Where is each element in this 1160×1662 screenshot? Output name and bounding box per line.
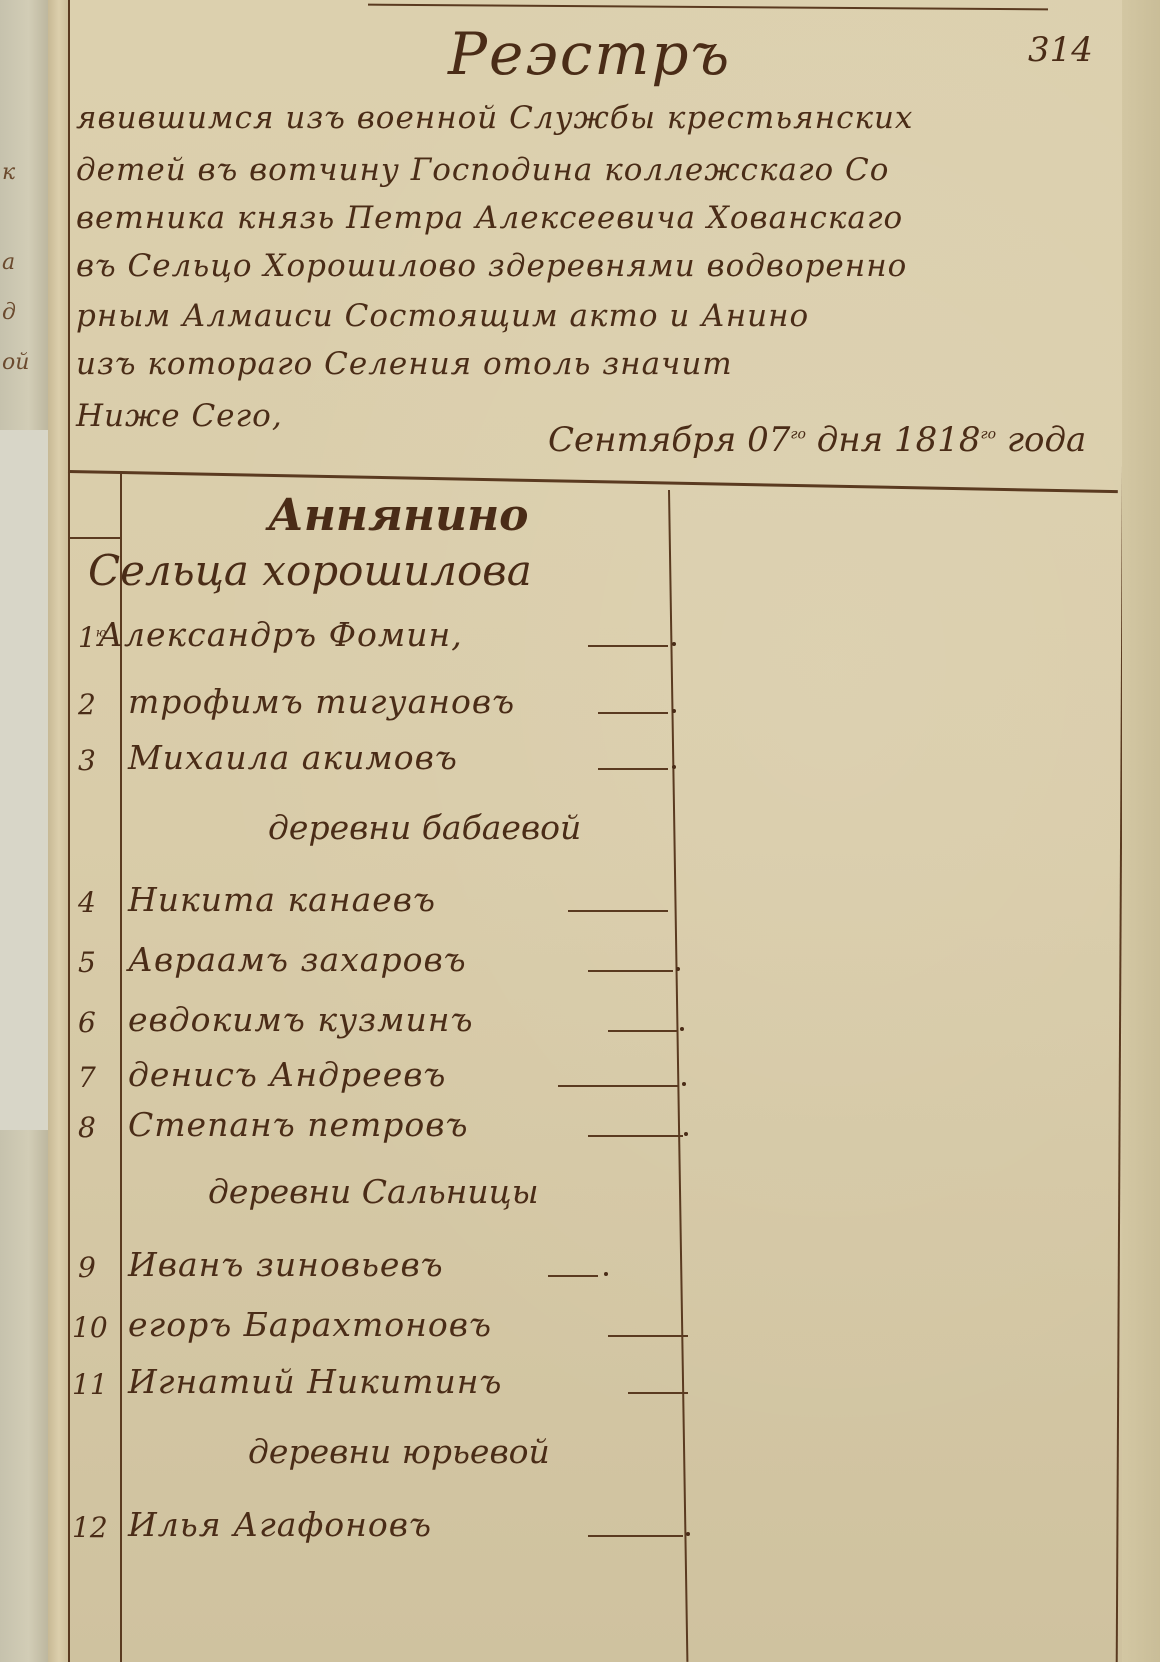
- entry-number: 8: [78, 1111, 122, 1144]
- entry-dash: [548, 1275, 598, 1277]
- header-line: Ниже Сего,: [76, 398, 283, 434]
- entry-dash: [598, 768, 668, 770]
- page-divider-strip: [0, 430, 53, 1130]
- entry-number: 10: [72, 1311, 116, 1344]
- entry-dash: [588, 1135, 683, 1137]
- top-rule: [368, 4, 1048, 11]
- header-line: явившимся изъ военной Службы крестьянски…: [76, 100, 913, 136]
- entry-name: Иванъ зиновьевъ: [128, 1245, 444, 1284]
- header-line: рным Алмаиси Состоящим акто и Анино: [76, 298, 809, 334]
- register-entry: 4 Никита канаевъ: [68, 880, 708, 930]
- entry-dot: [676, 967, 680, 971]
- entry-dash: [588, 645, 668, 647]
- entry-name: трофимъ тигуановъ: [128, 682, 515, 721]
- entry-number: 9: [78, 1251, 122, 1284]
- date-year: 1818: [894, 420, 981, 460]
- entry-dash: [628, 1392, 688, 1394]
- previous-page-edge: к а д ой: [0, 0, 48, 1662]
- folio-number: 314: [1028, 30, 1093, 70]
- entry-dash: [588, 970, 673, 972]
- entry-dash: [608, 1030, 678, 1032]
- book-gutter: [48, 0, 70, 1662]
- entry-name: Авраамъ захаровъ: [128, 940, 467, 979]
- register-entry: 11 Игнатий Никитинъ: [68, 1362, 708, 1412]
- page-right-edge: [1122, 0, 1160, 1662]
- entry-dot: [682, 1082, 686, 1086]
- entry-number: 7: [78, 1061, 122, 1094]
- entry-dot: [680, 1027, 684, 1031]
- manuscript-page: Реэстръ 314 явившимся изъ военной Службы…: [68, 0, 1160, 1662]
- prev-page-fragment: д: [2, 300, 16, 325]
- register-entry: 7 денисъ Андреевъ: [68, 1055, 708, 1105]
- entry-dot: [684, 1132, 688, 1136]
- entry-number: 3: [78, 744, 122, 777]
- register-entry: 10 егоръ Барахтоновъ: [68, 1305, 708, 1355]
- number-column-tick: [68, 537, 122, 539]
- entry-dot: [604, 1272, 608, 1276]
- prev-page-fragment: а: [2, 250, 15, 275]
- entry-number: 5: [78, 946, 122, 979]
- document-date: Сентября 07го дня 1818го года: [548, 420, 1086, 460]
- register-entry: 1ю Александръ Фомин,: [68, 615, 708, 665]
- entry-dot: [672, 765, 676, 769]
- entry-dot: [686, 1532, 690, 1536]
- entry-name: Игнатий Никитинъ: [128, 1362, 502, 1401]
- header-divider-rule: [68, 470, 1118, 493]
- register-entry: 8 Степанъ петровъ: [68, 1105, 708, 1155]
- entry-dash: [598, 712, 668, 714]
- entry-name: егоръ Барахтоновъ: [128, 1305, 492, 1344]
- date-year-word: года: [1007, 420, 1086, 460]
- entry-number: 12: [72, 1511, 116, 1544]
- left-margin-rule: [68, 0, 70, 1662]
- entry-name: Михаила акимовъ: [128, 738, 458, 777]
- entry-dash: [608, 1335, 688, 1337]
- date-month: Сентября: [548, 420, 736, 460]
- entry-name: Илья Агафоновъ: [128, 1505, 432, 1544]
- section-heading: деревни юрьевой: [248, 1432, 550, 1471]
- date-day: 07: [747, 420, 790, 460]
- village-title: Аннянино: [268, 490, 529, 541]
- date-day-word: дня: [817, 420, 883, 460]
- entry-dash: [568, 910, 668, 912]
- register-entry: 12 Илья Агафоновъ: [68, 1505, 708, 1555]
- prev-page-fragment: к: [2, 160, 15, 185]
- document-title: Реэстръ: [448, 20, 731, 88]
- header-line: детей въ вотчину Господина коллежскаго С…: [76, 152, 889, 188]
- section-heading: деревни Сальницы: [208, 1172, 539, 1211]
- entry-number: 11: [72, 1368, 116, 1401]
- date-year-suffix: го: [981, 427, 997, 443]
- entry-dot: [672, 709, 676, 713]
- estate-title: Сельца хорошилова: [88, 546, 532, 595]
- entry-dot: [672, 642, 676, 646]
- entry-name: Степанъ петровъ: [128, 1105, 469, 1144]
- entry-name: евдокимъ кузминъ: [128, 1000, 474, 1039]
- register-entry: 6 евдокимъ кузминъ: [68, 1000, 708, 1050]
- entry-dash: [558, 1085, 678, 1087]
- section-heading: деревни бабаевой: [268, 808, 581, 847]
- entry-dash: [588, 1535, 683, 1537]
- date-day-suffix: го: [790, 427, 806, 443]
- entry-name: денисъ Андреевъ: [128, 1055, 446, 1094]
- entry-name: Александръ Фомин,: [98, 615, 463, 654]
- entry-name: Никита канаевъ: [128, 880, 436, 919]
- entry-number: 6: [78, 1006, 122, 1039]
- register-entry: 9 Иванъ зиновьевъ: [68, 1245, 708, 1295]
- register-entry: 3 Михаила акимовъ: [68, 738, 708, 788]
- entry-number: 4: [78, 886, 122, 919]
- header-line: изъ котораго Селения отоль значит: [76, 346, 733, 382]
- entry-number: 2: [78, 688, 122, 721]
- header-line: въ Сельцо Хорошилово здеревнями водворен…: [76, 248, 907, 284]
- register-entry: 2 трофимъ тигуановъ: [68, 682, 708, 732]
- register-entry: 5 Авраамъ захаровъ: [68, 940, 708, 990]
- header-line: ветника князь Петра Алексеевича Хованска…: [76, 200, 903, 236]
- prev-page-fragment: ой: [2, 350, 29, 375]
